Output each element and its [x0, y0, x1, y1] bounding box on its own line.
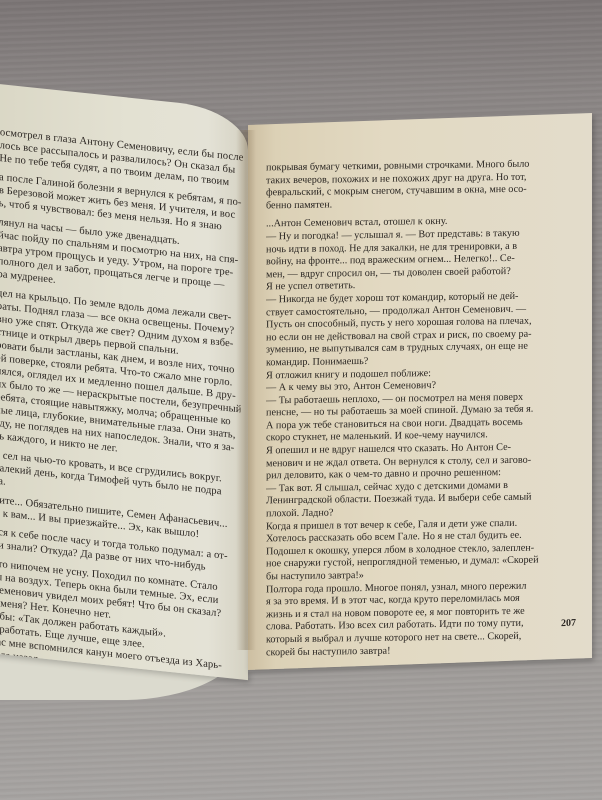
- left-page: осмотрел в глаза Антону Семеновичу, если…: [0, 82, 248, 680]
- right-page-text: покрывая бумагу четкими, ровными строчка…: [266, 158, 566, 670]
- right-page: покрывая бумагу четкими, ровными строчка…: [248, 113, 592, 670]
- page-number: 207: [561, 618, 576, 630]
- left-page-text: осмотрел в глаза Антону Семеновичу, если…: [0, 126, 245, 680]
- book-gutter: [236, 130, 256, 650]
